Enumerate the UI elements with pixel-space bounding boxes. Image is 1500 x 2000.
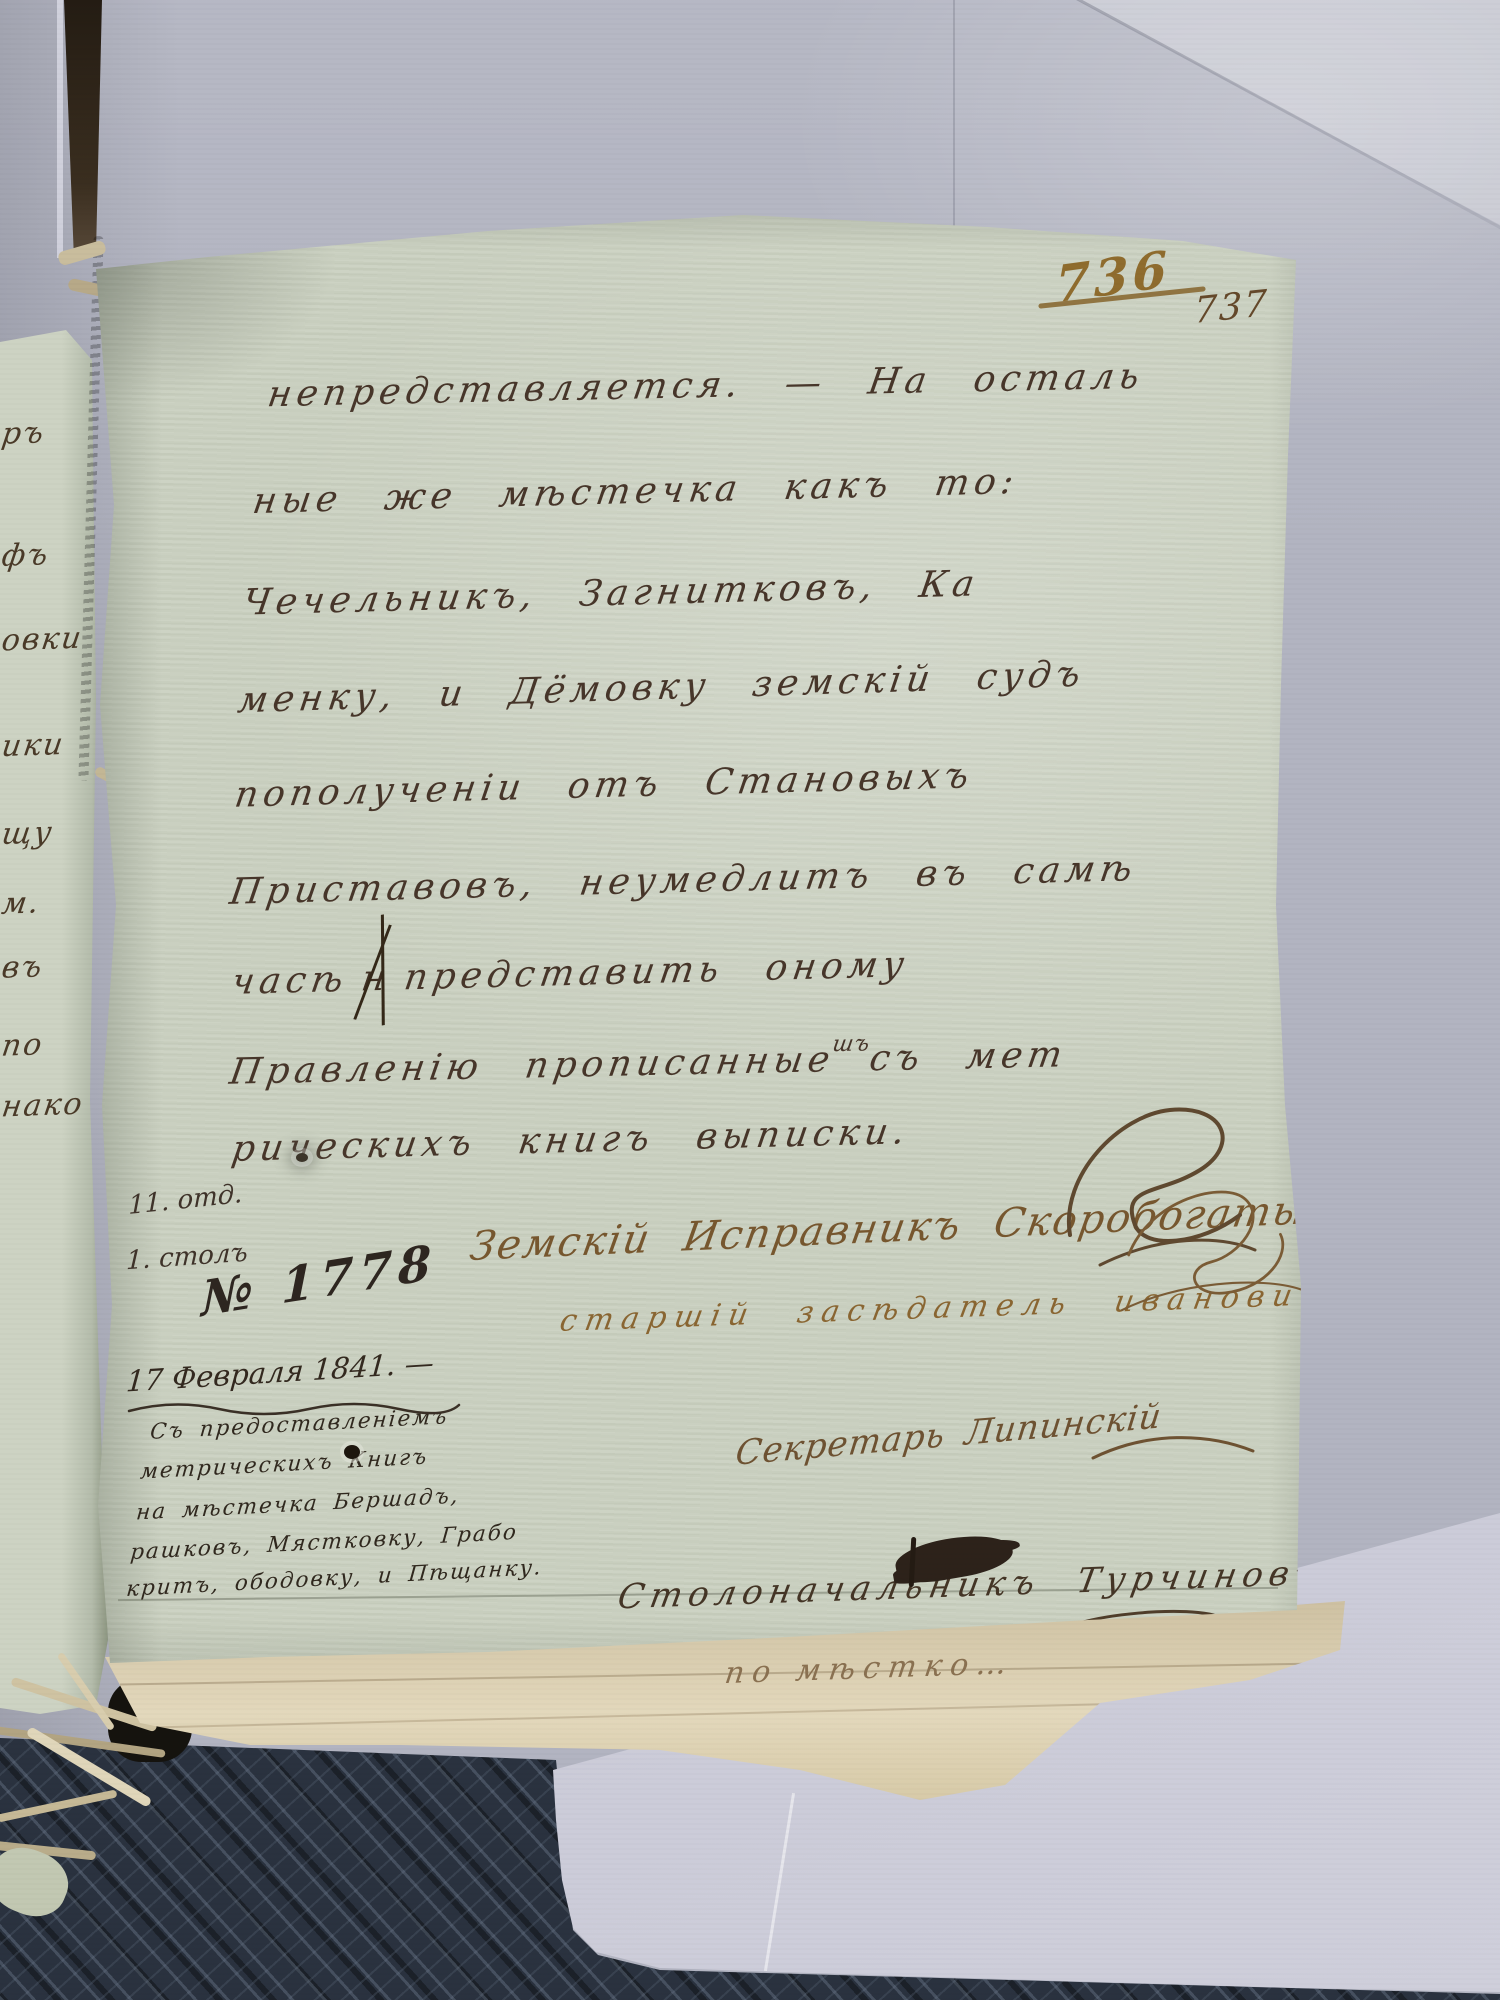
margin-department: 11. отд. [128, 1179, 242, 1221]
previous-page-text-fragment: м. [0, 885, 43, 922]
previous-page-text-fragment: щу [0, 815, 56, 852]
manuscript-line-7: часѣнпредставить оному [229, 944, 912, 1003]
manuscript-line-6: Приставовъ, неумедлитъ въ самѣ [227, 848, 1140, 913]
signature-swash [1088, 1423, 1258, 1483]
under-sheet-text-fragment: по мѣстко… [723, 1646, 1017, 1691]
manuscript-line-5: пополученіи отъ Становыхъ [232, 755, 976, 816]
line-7-text: представить оному [401, 944, 911, 998]
previous-page-text-fragment: въ [0, 949, 46, 986]
struck-out-word: н [359, 958, 394, 1000]
manuscript-line-1: непредставляется. — На осталь [265, 356, 1147, 415]
previous-page-edge: ръ фъ овки ики щу м. въ по нако [0, 330, 112, 1720]
file-spine-edge-highlight [57, 0, 63, 258]
previous-page-text-fragment: овки [0, 620, 85, 658]
line-8-tail: съ мет [867, 1034, 1070, 1079]
photo-of-archival-document: ръ фъ овки ики щу м. въ по нако по мѣстк… [0, 0, 1500, 2000]
folio-number: 737 [1193, 283, 1269, 332]
paper-hole [344, 1445, 360, 1459]
line-7-text: часѣ [229, 959, 351, 1003]
margin-note-line-2: метрическихъ Книгъ [139, 1444, 429, 1484]
previous-page-text-fragment: ики [0, 727, 67, 764]
manuscript-page: 736 737 непредставляется. — На осталь ны… [88, 205, 1318, 1675]
previous-page-text-fragment: ръ [0, 415, 48, 452]
line-8-text: Правленію прописанные [227, 1039, 838, 1093]
backdrop-vertical-crease [953, 0, 955, 235]
signature-flourish [1108, 1135, 1308, 1375]
manuscript-line-3: Чечельникъ, Загнитковъ, Ка [240, 563, 982, 623]
cream-sheet-crease [120, 1663, 1320, 1686]
manuscript-line-4: менку, и Дёмовку земскій судъ [235, 654, 1088, 722]
previous-page-text-fragment: по [0, 1027, 46, 1064]
previous-page-text-fragment: нако [0, 1086, 86, 1124]
paper-dimple [296, 1153, 308, 1162]
margin-note-line-3: на мѣстечка Бершадъ, [135, 1483, 461, 1525]
manuscript-line-8: Правленію прописанныешъсъ мет [227, 1034, 1070, 1093]
file-spine-edge [62, 0, 104, 262]
manuscript-line-9: рическихъ книгъ выписки. [229, 1111, 912, 1170]
interlinear-insertion: шъ [831, 1031, 872, 1057]
manuscript-line-2: ные же мѣстечка какъ то: [250, 461, 1021, 522]
previous-page-text-fragment: фъ [0, 537, 52, 574]
date-underline [124, 1397, 464, 1421]
margin-date: 17 Февраля 1841. — [125, 1345, 435, 1398]
